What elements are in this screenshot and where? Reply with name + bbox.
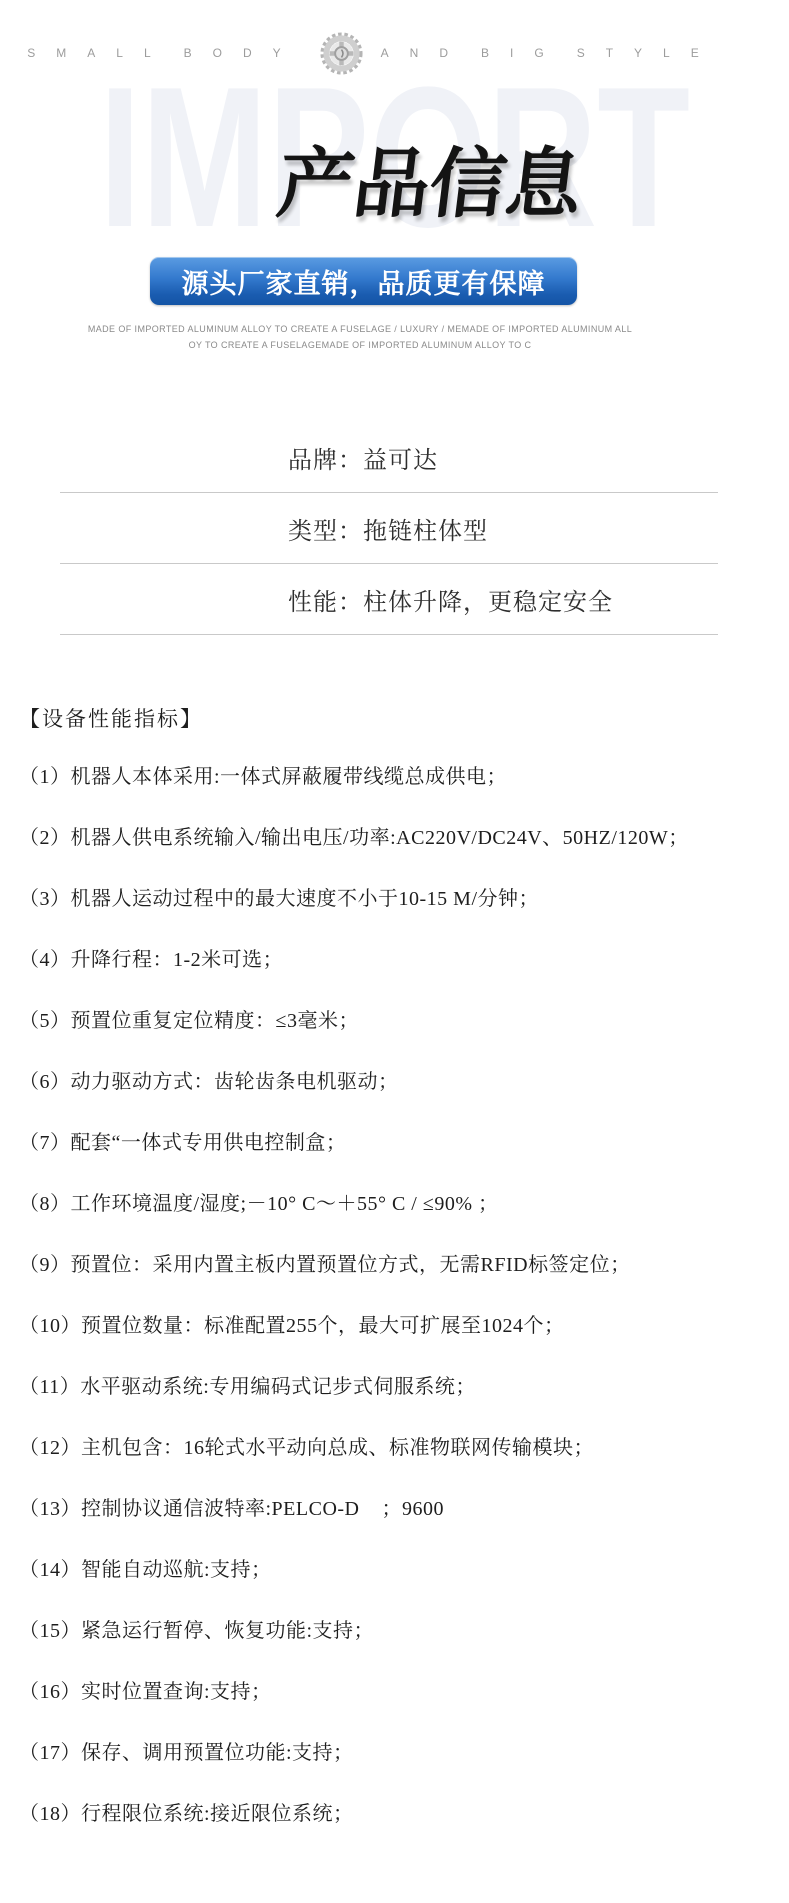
slogan-banner: 源头厂家直销，品质更有保障 (150, 257, 577, 305)
attr-text: 类型：拖链柱体型 (288, 511, 488, 546)
spec-item-17: （17）保存、调用预置位功能:支持； (19, 1723, 779, 1784)
spec-item-5: （5）预置位重复定位精度：≤3毫米； (19, 991, 779, 1052)
spec-item-18: （18）行程限位系统:接近限位系统； (19, 1784, 779, 1845)
spec-item-4: （4）升降行程：1-2米可选； (19, 930, 779, 991)
subtitle-line: OY TO CREATE A FUSELAGEMADE OF IMPORTED … (0, 337, 720, 353)
spec-section-title: 【设备性能指标】 (19, 703, 203, 733)
spec-item-14: （14）智能自动巡航:支持； (19, 1540, 779, 1601)
page-title: 产品信息 (65, 145, 789, 225)
spec-item-8: （8）工作环境温度/湿度;－10° C～＋55° C / ≤90% ； (19, 1174, 779, 1235)
spec-item-6: （6）动力驱动方式：齿轮齿条电机驱动； (19, 1052, 779, 1113)
spec-item-13: （13）控制协议通信波特率:PELCO-D ；9600 (19, 1479, 779, 1540)
attr-text: 品牌：益可达 (288, 440, 438, 475)
spec-item-2: （2）机器人供电系统输入/输出电压/功率:AC220V/DC24V、50HZ/1… (19, 808, 779, 869)
attr-row-brand: 品牌：益可达 (60, 422, 718, 493)
attr-row-type: 类型：拖链柱体型 (60, 493, 718, 564)
attr-text: 性能：柱体升降，更稳定安全 (288, 582, 613, 617)
attr-row-performance: 性能：柱体升降，更稳定安全 (60, 564, 718, 635)
spec-item-12: （12）主机包含：16轮式水平动向总成、标准物联网传输模块； (19, 1418, 779, 1479)
spec-item-3: （3）机器人运动过程中的最大速度不小于10-15 M/分钟； (19, 869, 779, 930)
spec-item-9: （9）预置位：采用内置主板内置预置位方式，无需RFID标签定位； (19, 1235, 779, 1296)
subtitle-line: MADE OF IMPORTED ALUMINUM ALLOY TO CREAT… (0, 321, 720, 337)
spec-item-11: （11）水平驱动系统:专用编码式记步式伺服系统； (19, 1357, 779, 1418)
spec-item-7: （7）配套“一体式专用供电控制盒； (19, 1113, 779, 1174)
spec-item-10: （10）预置位数量：标准配置255个，最大可扩展至1024个； (19, 1296, 779, 1357)
spec-item-16: （16）实时位置查询:支持； (19, 1662, 779, 1723)
spec-list: （1）机器人本体采用:一体式屏蔽履带线缆总成供电； （2）机器人供电系统输入/输… (19, 747, 779, 1845)
spec-item-1: （1）机器人本体采用:一体式屏蔽履带线缆总成供电； (19, 747, 779, 808)
product-attributes: 品牌：益可达 类型：拖链柱体型 性能：柱体升降，更稳定安全 (60, 422, 718, 635)
spec-item-15: （15）紧急运行暂停、恢复功能:支持； (19, 1601, 779, 1662)
subtitle-english: MADE OF IMPORTED ALUMINUM ALLOY TO CREAT… (0, 321, 720, 353)
